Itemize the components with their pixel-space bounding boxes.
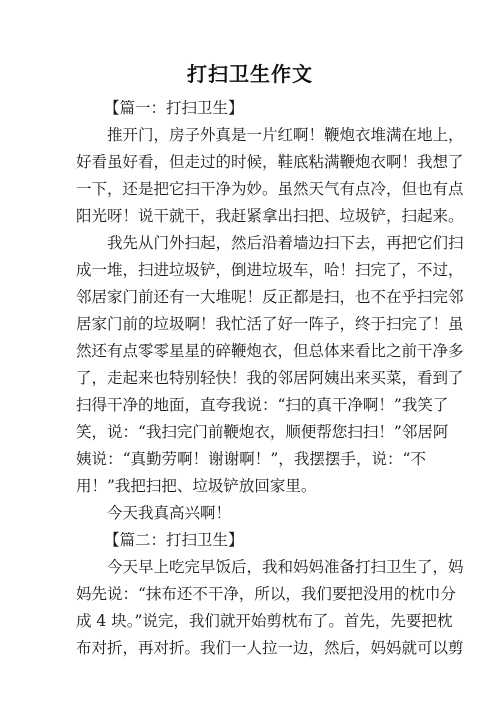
document-title: 打扫卫生作文	[0, 58, 500, 87]
paragraph-line: 扫得干净的地面，直夸我说：“扫的真干净啊！”我笑了	[76, 392, 426, 419]
paragraph-line: 成一堆，扫进垃圾铲，倒进垃圾车，哈！扫完了，不过，	[76, 257, 426, 284]
paragraph-line: 阳光呀！说干就干，我赶紧拿出扫把、垃圾铲，扫起来。	[76, 203, 426, 230]
document-body: 【篇一：打扫卫生】 推开门，房子外真是一片红啊！鞭炮衣堆满在地上， 好看虽好看，…	[76, 95, 426, 662]
paragraph-line: 布对折，再对折。我们一人拉一边，然后，妈妈就可以剪	[76, 635, 426, 662]
paragraph-line: 姨说：“真勤劳啊！谢谢啊！”，我摆摆手，说：“不	[76, 446, 426, 473]
paragraph-line: 一下，还是把它扫干净为妙。虽然天气有点冷，但也有点	[76, 176, 426, 203]
paragraph-line: 今天早上吃完早饭后，我和妈妈准备打扫卫生了，妈	[76, 554, 426, 581]
paragraph-line: 今天我真高兴啊！	[76, 500, 426, 527]
paragraph-line: 居家门前的垃圾啊！我忙活了好一阵子，终于扫完了！虽	[76, 311, 426, 338]
paragraph-line: 用！”我把扫把、垃圾铲放回家里。	[76, 473, 426, 500]
paragraph-line: 笑，说：“我扫完门前鞭炮衣，顺便帮您扫扫！”邻居阿	[76, 419, 426, 446]
paragraph-line: 妈先说：“抹布还不干净，所以，我们要把没用的枕巾分	[76, 581, 426, 608]
paragraph-line: 邻居家门前还有一大堆呢！反正都是扫，也不在乎扫完邻	[76, 284, 426, 311]
paragraph-line: 成 4 块。”说完，我们就开始剪枕布了。首先，先要把枕	[76, 608, 426, 635]
paragraph-line: 好看虽好看，但走过的时候，鞋底粘满鞭炮衣啊！我想了	[76, 149, 426, 176]
paragraph-line: 然还有点零零星星的碎鞭炮衣，但总体来看比之前干净多	[76, 338, 426, 365]
paragraph-line: 我先从门外扫起，然后沿着墙边扫下去，再把它们扫	[76, 230, 426, 257]
paragraph-line: 了，走起来也特别轻快！我的邻居阿姨出来买菜，看到了	[76, 365, 426, 392]
paragraph-line: 推开门，房子外真是一片红啊！鞭炮衣堆满在地上，	[76, 122, 426, 149]
section-heading-2: 【篇二：打扫卫生】	[76, 527, 426, 554]
section-heading-1: 【篇一：打扫卫生】	[76, 95, 426, 122]
